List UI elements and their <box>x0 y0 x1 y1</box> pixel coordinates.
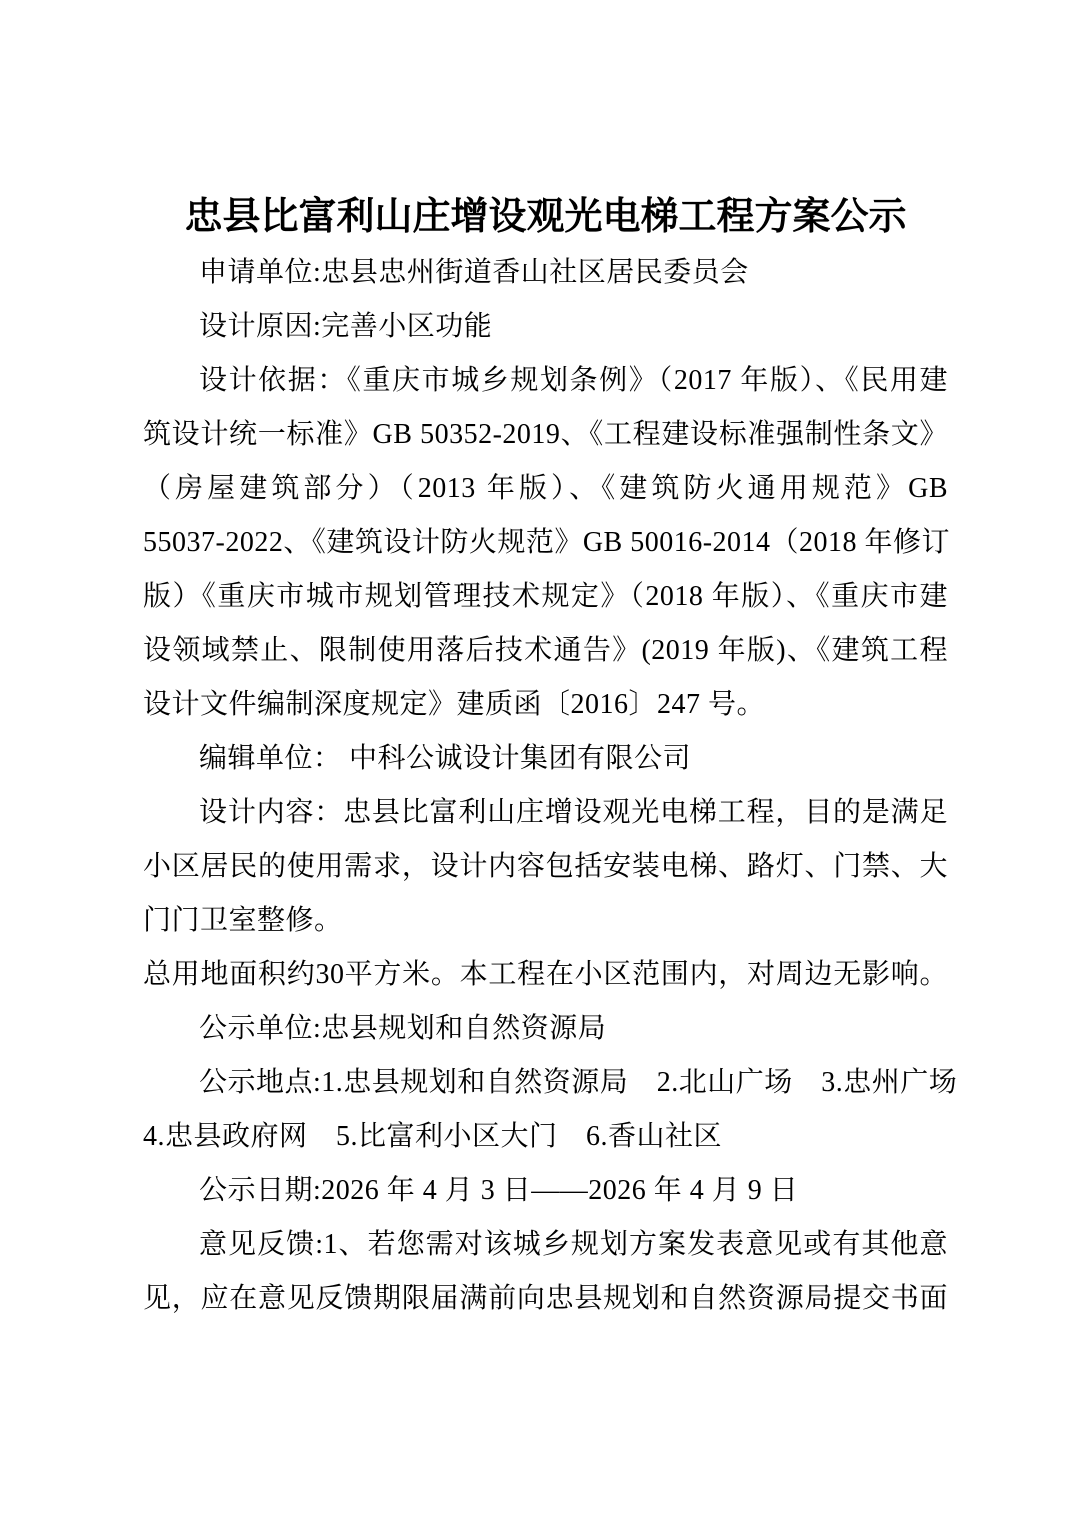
paragraph-line: 意见反馈:1、若您需对该城乡规划方案发表意见或有其他意 <box>143 1218 948 1272</box>
paragraph-line: 总用地面积约30平方米。本工程在小区范围内，对周边无影响。 <box>143 948 948 1002</box>
paragraph-line: 小区居民的使用需求，设计内容包括安装电梯、路灯、门禁、大 <box>143 840 948 894</box>
document-title: 忠县比富利山庄增设观光电梯工程方案公示 <box>143 188 948 246</box>
paragraph-line: 公示日期:2026 年 4 月 3 日——2026 年 4 月 9 日 <box>143 1164 948 1218</box>
paragraph-line: 设计内容：忠县比富利山庄增设观光电梯工程，目的是满足 <box>143 786 948 840</box>
paragraph-line: 申请单位:忠县忠州街道香山社区居民委员会 <box>143 246 948 300</box>
document-body: 申请单位:忠县忠州街道香山社区居民委员会设计原因:完善小区功能设计依据：《重庆市… <box>143 246 948 1326</box>
paragraph-line: 见，应在意见反馈期限届满前向忠县规划和自然资源局提交书面 <box>143 1272 948 1326</box>
paragraph-line: 设计原因:完善小区功能 <box>143 300 948 354</box>
paragraph-line: （房屋建筑部分）（2013 年版）、《建筑防火通用规范》GB <box>143 462 948 516</box>
paragraph-line: 设领域禁止、限制使用落后技术通告》(2019 年版)、《建筑工程 <box>143 624 948 678</box>
paragraph-line: 版）《重庆市城市规划管理技术规定》（2018 年版）、《重庆市建 <box>143 570 948 624</box>
paragraph-line: 门门卫室整修。 <box>143 894 948 948</box>
paragraph-line: 公示单位:忠县规划和自然资源局 <box>143 1002 948 1056</box>
paragraph-line: 编辑单位： 中科公诚设计集团有限公司 <box>143 732 948 786</box>
paragraph-line: 4.忠县政府网 5.比富利小区大门 6.香山社区 <box>143 1110 948 1164</box>
document-page: 忠县比富利山庄增设观光电梯工程方案公示 申请单位:忠县忠州街道香山社区居民委员会… <box>0 0 1074 1520</box>
paragraph-line: 公示地点:1.忠县规划和自然资源局 2.北山广场 3.忠州广场 <box>143 1056 948 1110</box>
paragraph-line: 55037-2022、《建筑设计防火规范》GB 50016-2014（2018 … <box>143 516 948 570</box>
paragraph-line: 设计文件编制深度规定》建质函〔2016〕247 号。 <box>143 678 948 732</box>
paragraph-line: 设计依据：《重庆市城乡规划条例》（2017 年版）、《民用建 <box>143 354 948 408</box>
paragraph-line: 筑设计统一标准》GB 50352-2019、《工程建设标准强制性条文》 <box>143 408 948 462</box>
